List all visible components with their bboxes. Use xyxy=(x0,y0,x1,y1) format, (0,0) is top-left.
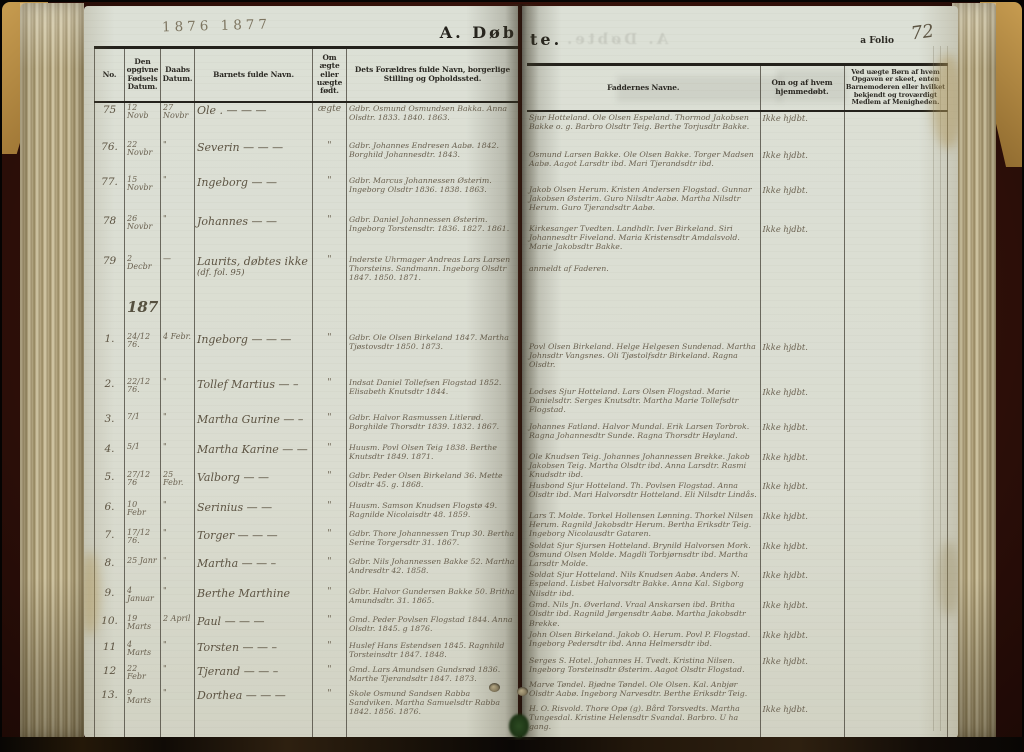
cell-name: Martha Gurine — – xyxy=(195,412,313,442)
cell-name: Ingeborg — — xyxy=(195,175,313,214)
cell-legitimacy: " xyxy=(313,640,347,664)
cell-legitimacy: ægte xyxy=(313,102,347,140)
register-row-13.: 13.9 Marts"Dorthea — — —"Skole Osmund Sa… xyxy=(95,688,519,727)
register-row-11: 114 Marts"Torsten — — –"Huslef Hans Este… xyxy=(95,640,519,664)
right-table-body: Sjur Hotteland. Ole Olsen Espeland. Thor… xyxy=(527,111,947,739)
cell-birth: 15 Novbr xyxy=(125,175,161,214)
cell-baptism: " xyxy=(161,664,195,688)
cell-no xyxy=(95,287,125,332)
cell-illegitimate xyxy=(844,451,947,481)
cell-parents: Gdbr. Ole Olsen Birkeland 1847. Martha T… xyxy=(347,332,519,377)
cell-birth: 9 Marts xyxy=(125,688,161,727)
cell-parents: Gdbr. Daniel Johannessen Østerim. Ingebo… xyxy=(347,214,519,254)
cell-godparents: Osmund Larsen Bakke. Ole Olsen Bakke. To… xyxy=(527,149,760,184)
cell-birth: 22/12 76. xyxy=(125,377,161,412)
cell-baptism: " xyxy=(161,528,195,556)
header-birth-date: Den opgivne Fødsels Datum. xyxy=(125,48,161,102)
cell-no: 13. xyxy=(95,688,125,727)
register-row-7.: 7.17/12 76."Torger — — —"Gdbr. Thore Joh… xyxy=(95,528,519,556)
cell-home_baptism: Ikke hjdbt. xyxy=(760,629,844,655)
cell-birth: 10 Febr xyxy=(125,500,161,528)
cell-parents: Gdbr. Nils Johannessen Bakke 52. Martha … xyxy=(347,556,519,586)
register-row-12: 1222 Febr"Tjerand — — –"Gmd. Lars Amunds… xyxy=(95,664,519,688)
header-home-baptism: Om og af hvem hjemmedøbt. xyxy=(760,65,844,111)
cell-no: 9. xyxy=(95,586,125,614)
cell-legitimacy: " xyxy=(313,412,347,442)
cell-godparents: Soldat Sjur Sjursen Hotteland. Brynild H… xyxy=(527,540,760,570)
cell-illegitimate xyxy=(844,703,947,738)
register-row-78: 7826 Novbr"Johannes — —"Gdbr. Daniel Joh… xyxy=(95,214,519,254)
register-page-right: te. A. Døbte. a Folio 72 Faddernes Navne… xyxy=(522,6,958,738)
register-page-left: 1876 1877 A. Døb No. Den opgivne Fødsels… xyxy=(84,6,518,738)
photographed-book-scene: 1876 1877 A. Døb No. Den opgivne Fødsels… xyxy=(0,0,1024,752)
cell-name: Martha Karine — — xyxy=(195,442,313,470)
cell-home_baptism: Ikke hjdbt. xyxy=(760,703,844,738)
cell-no: 78 xyxy=(95,214,125,254)
cell-parents: Inderste Uhrmager Andreas Lars Larsen Th… xyxy=(347,254,519,287)
cell-parents: Skole Osmund Sandsen Rabba Sandviken. Ma… xyxy=(347,688,519,727)
register-row-10.: 10.19 Marts2 AprilPaul — — —"Gmd. Peder … xyxy=(95,614,519,640)
year-divider-row xyxy=(527,296,947,341)
cell-baptism: " xyxy=(161,688,195,727)
folio-number: 72 xyxy=(910,21,936,45)
cell-illegitimate xyxy=(844,184,947,223)
cell-illegitimate xyxy=(844,149,947,184)
register-row-4.: Ole Knudsen Teig. Johannes Johannessen B… xyxy=(527,451,947,481)
cell-baptism xyxy=(161,287,195,332)
cell-no: 79 xyxy=(95,254,125,287)
cell-birth: 22 Febr xyxy=(125,664,161,688)
cell-godparents: Husbond Sjur Hotteland. Th. Povlsen Flog… xyxy=(527,480,760,510)
cell-birth: 1877 xyxy=(125,287,161,332)
cell-legitimacy: " xyxy=(313,528,347,556)
cell-legitimacy: " xyxy=(313,442,347,470)
cell-name: Serinius — — xyxy=(195,500,313,528)
cell-legitimacy: " xyxy=(313,556,347,586)
register-row-4.: 4.5/1"Martha Karine — —"Huusm. Povl Olse… xyxy=(95,442,519,470)
cell-godparents: Sjur Hotteland. Ole Olsen Espeland. Thor… xyxy=(527,111,760,149)
cell-birth: 12 Novb xyxy=(125,102,161,140)
cell-birth: 19 Marts xyxy=(125,614,161,640)
register-row-79: 792 Decbr—Laurits, døbtes ikke(df. fol. … xyxy=(95,254,519,287)
cell-godparents: Serges S. Hotel. Johannes H. Tvedt. Kris… xyxy=(527,655,760,679)
cell-illegitimate xyxy=(844,510,947,540)
cell-no: 7. xyxy=(95,528,125,556)
cell-illegitimate xyxy=(844,341,947,386)
register-row-75: 7512 Novb27 NovbrOle . — — —ægteGdbr. Os… xyxy=(95,102,519,140)
cell-home_baptism: Ikke hjdbt. xyxy=(760,569,844,599)
cell-legitimacy: " xyxy=(313,688,347,727)
cell-name: Tollef Martius — – xyxy=(195,377,313,412)
cell-home_baptism xyxy=(760,679,844,703)
cell-parents: Indsat Daniel Tollefsen Flogstad 1852. E… xyxy=(347,377,519,412)
cell-legitimacy: " xyxy=(313,614,347,640)
cell-baptism: " xyxy=(161,586,195,614)
cell-godparents: Johannes Fatland. Halvor Mundal. Erik La… xyxy=(527,421,760,451)
cell-legitimacy: " xyxy=(313,377,347,412)
cell-parents: Gdbr. Thore Johannessen Trup 30. Bertha … xyxy=(347,528,519,556)
bleed-through-title: A. Døbte. xyxy=(564,30,668,48)
cell-home_baptism: Ikke hjdbt. xyxy=(760,149,844,184)
cell-illegitimate xyxy=(844,569,947,599)
register-row-6.: Lars T. Molde. Torkel Hollensen Lønning.… xyxy=(527,510,947,540)
page-title-left-part: A. Døb xyxy=(440,23,517,42)
header-godparents: Faddernes Navne. xyxy=(527,65,760,111)
register-row-10.: John Olsen Birkeland. Jakob O. Herum. Po… xyxy=(527,629,947,655)
cell-no: 12 xyxy=(95,664,125,688)
cell-no: 2. xyxy=(95,377,125,412)
header-legitimacy: Om ægte eller uægte født. xyxy=(313,48,347,102)
cell-no: 6. xyxy=(95,500,125,528)
cell-birth: 2 Decbr xyxy=(125,254,161,287)
register-row-2.: Lodses Sjur Hotteland. Lars Olsen Flogst… xyxy=(527,386,947,421)
cell-baptism: " xyxy=(161,556,195,586)
cell-parents: Huslef Hans Estendsen 1845. Ragnhild Tor… xyxy=(347,640,519,664)
cell-no: 8. xyxy=(95,556,125,586)
register-row-76.: 76.22 Novbr"Severin — — —"Gdbr. Johannes… xyxy=(95,140,519,175)
cell-birth: 27/12 76 xyxy=(125,470,161,500)
cell-parents: Gdbr. Halvor Gundersen Bakke 50. Britha … xyxy=(347,586,519,614)
header-baptism-date: Daabs Datum. xyxy=(161,48,195,102)
left-table-body: 7512 Novb27 NovbrOle . — — —ægteGdbr. Os… xyxy=(95,102,519,739)
cell-home_baptism xyxy=(760,263,844,296)
cell-name: Tjerand — — – xyxy=(195,664,313,688)
cell-parents: Gdbr. Halvor Rasmussen Litlerød. Borghil… xyxy=(347,412,519,442)
cell-godparents: Gmd. Nils Jn. Øverland. Vraal Anskarsen … xyxy=(527,599,760,629)
cell-legitimacy: " xyxy=(313,500,347,528)
cell-illegitimate xyxy=(844,480,947,510)
cell-home_baptism: Ikke hjdbt. xyxy=(760,655,844,679)
cell-legitimacy: " xyxy=(313,175,347,214)
register-row-5.: 5.27/12 7625 Febr.Valborg — —"Gdbr. Pede… xyxy=(95,470,519,500)
cell-home_baptism: Ikke hjdbt. xyxy=(760,599,844,629)
cell-parents: Gmd. Peder Povlsen Flogstad 1844. Anna O… xyxy=(347,614,519,640)
register-row-5.: Husbond Sjur Hotteland. Th. Povlsen Flog… xyxy=(527,480,947,510)
cell-home_baptism: Ikke hjdbt. xyxy=(760,540,844,570)
cell-baptism: 4 Febr. xyxy=(161,332,195,377)
cell-illegitimate xyxy=(844,386,947,421)
cell-legitimacy: " xyxy=(313,214,347,254)
cell-godparents: Soldat Sjur Hotteland. Nils Knudsen Aabø… xyxy=(527,569,760,599)
register-row-79: anmeldt af Faderen. xyxy=(527,263,947,296)
cell-godparents: anmeldt af Faderen. xyxy=(527,263,760,296)
cell-parents: Gdbr. Marcus Johannessen Østerim. Ingebo… xyxy=(347,175,519,214)
cell-home_baptism: Ikke hjdbt. xyxy=(760,386,844,421)
cell-home_baptism: Ikke hjdbt. xyxy=(760,451,844,481)
cell-godparents: Ole Knudsen Teig. Johannes Johannessen B… xyxy=(527,451,760,481)
register-row-76.: Osmund Larsen Bakke. Ole Olsen Bakke. To… xyxy=(527,149,947,184)
cell-home_baptism xyxy=(760,296,844,341)
handwritten-years: 1876 1877 xyxy=(162,17,271,36)
header-parents: Dets Forældres fulde Navn, borgerlige St… xyxy=(347,48,519,102)
register-row-78: Kirkesanger Tvedten. Landhdlr. Iver Birk… xyxy=(527,223,947,263)
cell-parents: Gdbr. Johannes Endresen Aabø. 1842. Borg… xyxy=(347,140,519,175)
cell-baptism: 27 Novbr xyxy=(161,102,195,140)
register-row-3.: Johannes Fatland. Halvor Mundal. Erik La… xyxy=(527,421,947,451)
year-divider-row: 1877 xyxy=(95,287,519,332)
cell-godparents: H. O. Risvold. Thore Opø (g). Bård Torsv… xyxy=(527,703,760,738)
cell-name: Torger — — — xyxy=(195,528,313,556)
cell-birth: 7/1 xyxy=(125,412,161,442)
cell-illegitimate xyxy=(844,223,947,263)
cell-illegitimate xyxy=(844,296,947,341)
binding-felt xyxy=(509,714,529,738)
cell-illegitimate xyxy=(844,111,947,149)
cell-parents: Gdbr. Peder Olsen Birkeland 36. Mette Ol… xyxy=(347,470,519,500)
cell-baptism: 25 Febr. xyxy=(161,470,195,500)
register-row-6.: 6.10 Febr"Serinius — —"Huusm. Samson Knu… xyxy=(95,500,519,528)
cell-name: Ole . — — — xyxy=(195,102,313,140)
register-row-1.: Povl Olsen Birkeland. Helge Helgesen Sun… xyxy=(527,341,947,386)
register-row-2.: 2.22/12 76."Tollef Martius — –"Indsat Da… xyxy=(95,377,519,412)
register-row-77.: Jakob Olsen Herum. Kristen Andersen Flog… xyxy=(527,184,947,223)
cell-legitimacy: " xyxy=(313,254,347,287)
cell-birth: 22 Novbr xyxy=(125,140,161,175)
cell-baptism: " xyxy=(161,412,195,442)
cell-godparents: Marve Tøndel. Bjødne Tøndel. Ole Olsen. … xyxy=(527,679,760,703)
cell-name: Severin — — — xyxy=(195,140,313,175)
cell-parents: Huusm. Samson Knudsen Flogstø 49. Ragnil… xyxy=(347,500,519,528)
cell-name-note: (df. fol. 95) xyxy=(197,268,310,278)
cell-no: 10. xyxy=(95,614,125,640)
cell-godparents: Kirkesanger Tvedten. Landhdlr. Iver Birk… xyxy=(527,223,760,263)
cell-name: Valborg — — xyxy=(195,470,313,500)
cell-baptism: " xyxy=(161,442,195,470)
cell-home_baptism: Ikke hjdbt. xyxy=(760,111,844,149)
cell-godparents xyxy=(527,296,760,341)
cell-home_baptism: Ikke hjdbt. xyxy=(760,223,844,263)
header-no: No. xyxy=(95,48,125,102)
register-row-13.: H. O. Risvold. Thore Opø (g). Bård Torsv… xyxy=(527,703,947,738)
register-row-7.: Soldat Sjur Sjursen Hotteland. Brynild H… xyxy=(527,540,947,570)
cell-birth: 26 Novbr xyxy=(125,214,161,254)
cell-godparents: Lars T. Molde. Torkel Hollensen Lønning.… xyxy=(527,510,760,540)
register-row-12: Marve Tøndel. Bjødne Tøndel. Ole Olsen. … xyxy=(527,679,947,703)
header-child-name: Barnets fulde Navn. xyxy=(195,48,313,102)
register-row-1.: 1.24/12 76.4 Febr.Ingeborg — — —"Gdbr. O… xyxy=(95,332,519,377)
cell-parents xyxy=(347,287,519,332)
cell-godparents: Lodses Sjur Hotteland. Lars Olsen Flogst… xyxy=(527,386,760,421)
baptism-register-table-left: No. Den opgivne Fødsels Datum. Daabs Dat… xyxy=(94,46,518,738)
register-row-9.: 9.4 Januar"Berthe Marthine"Gdbr. Halvor … xyxy=(95,586,519,614)
cell-no: 3. xyxy=(95,412,125,442)
cell-no: 76. xyxy=(95,140,125,175)
cell-name: Laurits, døbtes ikke(df. fol. 95) xyxy=(195,254,313,287)
cell-legitimacy: " xyxy=(313,140,347,175)
cell-legitimacy: " xyxy=(313,470,347,500)
cell-home_baptism: Ikke hjdbt. xyxy=(760,341,844,386)
cell-baptism: " xyxy=(161,175,195,214)
register-row-9.: Gmd. Nils Jn. Øverland. Vraal Anskarsen … xyxy=(527,599,947,629)
cell-birth: 4 Marts xyxy=(125,640,161,664)
cell-illegitimate xyxy=(844,421,947,451)
cell-godparents: Povl Olsen Birkeland. Helge Helgesen Sun… xyxy=(527,341,760,386)
cell-no: 4. xyxy=(95,442,125,470)
cell-no: 75 xyxy=(95,102,125,140)
cell-legitimacy xyxy=(313,287,347,332)
cell-baptism: " xyxy=(161,640,195,664)
register-row-8.: 8.25 Janr"Martha — — –"Gdbr. Nils Johann… xyxy=(95,556,519,586)
cell-birth: 24/12 76. xyxy=(125,332,161,377)
cell-no: 1. xyxy=(95,332,125,377)
cell-birth: 17/12 76. xyxy=(125,528,161,556)
cell-illegitimate xyxy=(844,540,947,570)
cell-baptism: " xyxy=(161,214,195,254)
cell-illegitimate xyxy=(844,655,947,679)
cell-legitimacy: " xyxy=(313,664,347,688)
cell-illegitimate xyxy=(844,263,947,296)
cell-legitimacy: " xyxy=(313,586,347,614)
cell-birth: 4 Januar xyxy=(125,586,161,614)
cell-illegitimate xyxy=(844,599,947,629)
page-edges-left xyxy=(20,3,84,740)
right-header-row: Faddernes Navne. Om og af hvem hjemmedøb… xyxy=(527,65,947,111)
baptism-register-table-right: Faddernes Navne. Om og af hvem hjemmedøb… xyxy=(527,63,948,738)
cell-name: Martha — — – xyxy=(195,556,313,586)
cell-parents: Gdbr. Osmund Osmundsen Bakka. Anna Olsdt… xyxy=(347,102,519,140)
cell-home_baptism: Ikke hjdbt. xyxy=(760,184,844,223)
cell-baptism: — xyxy=(161,254,195,287)
cell-no: 77. xyxy=(95,175,125,214)
cell-baptism: " xyxy=(161,140,195,175)
cell-home_baptism: Ikke hjdbt. xyxy=(760,421,844,451)
left-header-row: No. Den opgivne Fødsels Datum. Daabs Dat… xyxy=(95,48,519,102)
cell-baptism: " xyxy=(161,500,195,528)
binding-hole xyxy=(489,683,500,692)
cell-parents: Huusm. Povl Olsen Teig 1838. Berthe Knut… xyxy=(347,442,519,470)
cell-no: 11 xyxy=(95,640,125,664)
page-title-right-part: te. xyxy=(530,30,562,49)
header-illegitimate-reporter: Ved uægte Børn af hvem Opgaven er skeet,… xyxy=(844,65,947,111)
register-row-8.: Soldat Sjur Hotteland. Nils Knudsen Aabø… xyxy=(527,569,947,599)
cell-name xyxy=(195,287,313,332)
cell-birth: 25 Janr xyxy=(125,556,161,586)
cell-name: Ingeborg — — — xyxy=(195,332,313,377)
register-row-77.: 77.15 Novbr"Ingeborg — —"Gdbr. Marcus Jo… xyxy=(95,175,519,214)
cell-birth: 5/1 xyxy=(125,442,161,470)
register-row-75: Sjur Hotteland. Ole Olsen Espeland. Thor… xyxy=(527,111,947,149)
register-row-3.: 3.7/1"Martha Gurine — –"Gdbr. Halvor Ras… xyxy=(95,412,519,442)
book-bottom-edge xyxy=(0,737,1024,752)
cell-godparents: John Olsen Birkeland. Jakob O. Herum. Po… xyxy=(527,629,760,655)
binding-hole xyxy=(517,687,528,696)
register-row-11: Serges S. Hotel. Johannes H. Tvedt. Kris… xyxy=(527,655,947,679)
page-edges-right xyxy=(952,3,996,740)
folio-label: a Folio xyxy=(860,36,894,46)
cell-name: Torsten — — – xyxy=(195,640,313,664)
cell-baptism: " xyxy=(161,377,195,412)
cell-name: Paul — — — xyxy=(195,614,313,640)
cell-home_baptism: Ikke hjdbt. xyxy=(760,510,844,540)
cell-home_baptism: Ikke hjdbt. xyxy=(760,480,844,510)
cell-legitimacy: " xyxy=(313,332,347,377)
cell-name: Berthe Marthine xyxy=(195,586,313,614)
cell-name: Johannes — — xyxy=(195,214,313,254)
cell-godparents: Jakob Olsen Herum. Kristen Andersen Flog… xyxy=(527,184,760,223)
cell-illegitimate xyxy=(844,629,947,655)
cell-baptism: 2 April xyxy=(161,614,195,640)
cell-illegitimate xyxy=(844,679,947,703)
cell-no: 5. xyxy=(95,470,125,500)
cell-name: Dorthea — — — xyxy=(195,688,313,727)
